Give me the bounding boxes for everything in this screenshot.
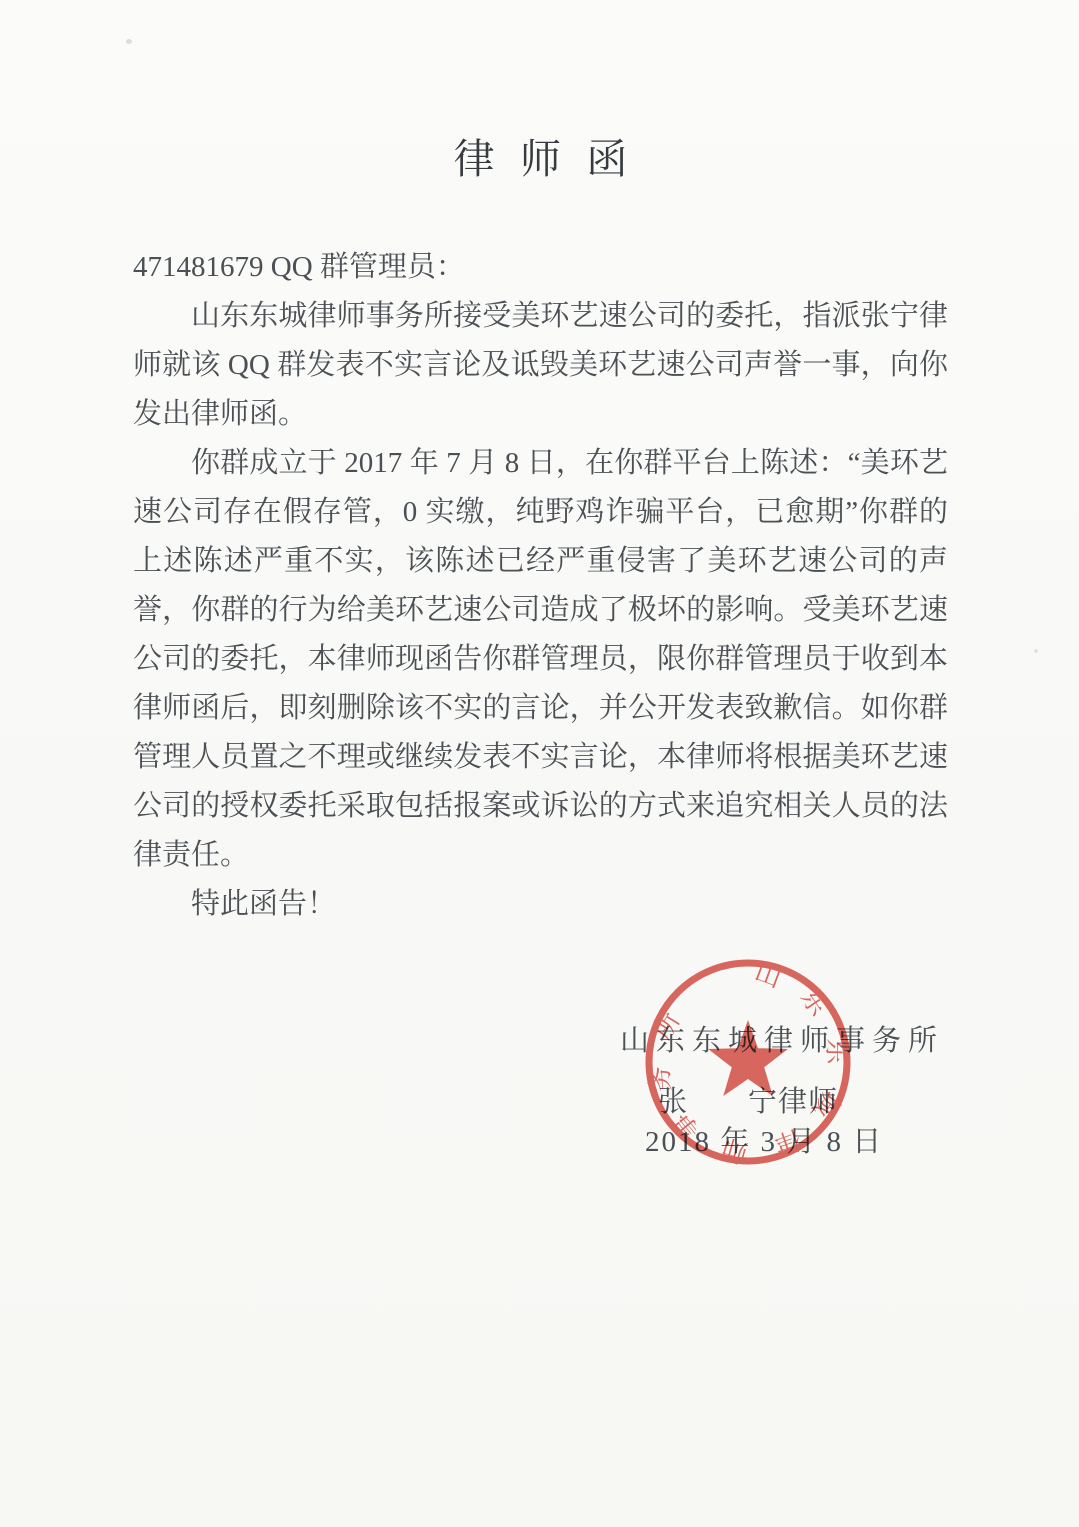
- scan-speck: [1034, 649, 1038, 653]
- addressee-line: 471481679 QQ 群管理员：: [133, 243, 948, 292]
- letter-title: 律师函: [133, 126, 948, 185]
- paragraph-1: 山东东城律师事务所接受美环艺速公司的委托，指派张宁律师就该 QQ 群发表不实言论…: [133, 292, 948, 439]
- letter-paragraphs: 山东东城律师事务所接受美环艺速公司的委托，指派张宁律师就该 QQ 群发表不实言论…: [133, 292, 948, 929]
- scan-speck: [126, 39, 132, 44]
- letter-body: 律师函 471481679 QQ 群管理员： 山东东城律师事务所接受美环艺速公司…: [133, 0, 948, 929]
- law-firm-seal: 山东东城律师事务所: [642, 956, 854, 1168]
- scanned-letter-page: 律师函 471481679 QQ 群管理员： 山东东城律师事务所接受美环艺速公司…: [0, 0, 1079, 1527]
- paragraph-2: 你群成立于 2017 年 7 月 8 日，在你群平台上陈述：“美环艺速公司存在假…: [133, 439, 948, 880]
- seal-star-icon: [708, 1020, 788, 1096]
- closing-line: 特此函告！: [133, 880, 948, 929]
